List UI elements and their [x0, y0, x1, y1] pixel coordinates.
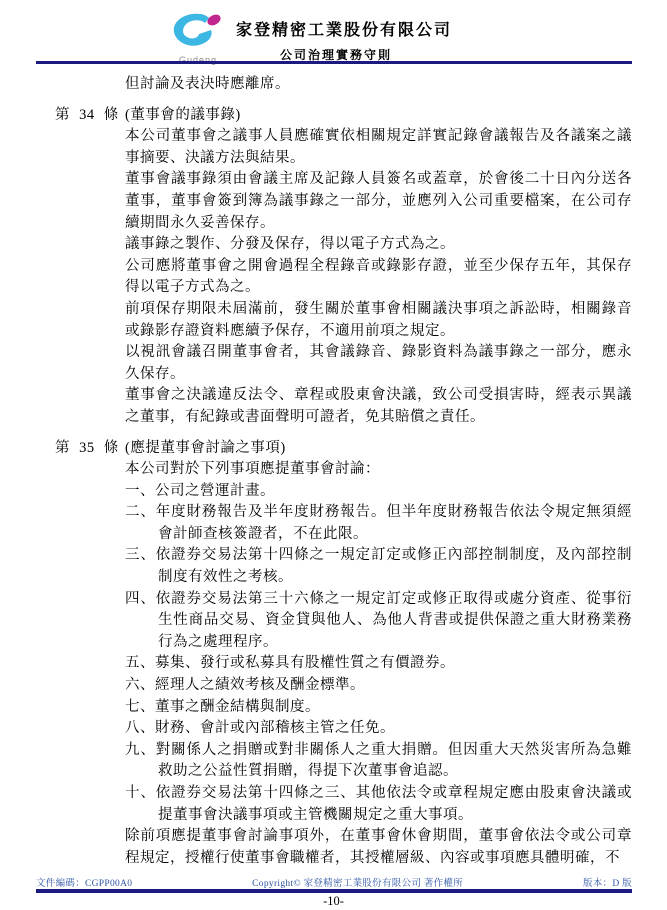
- clause-marker: 十、: [125, 785, 156, 801]
- clause-marker: 四、: [125, 591, 156, 607]
- company-name: 家登精密工業股份有限公司: [236, 17, 436, 40]
- clause-marker: 三、: [125, 547, 156, 563]
- clause-text: 財務、會計或內部稽核主管之任免。: [155, 720, 395, 736]
- clause-marker: 五、: [125, 655, 155, 671]
- clause-text: 對關係人之捐贈或對非關係人之重大捐贈。但因重大天然災害所為急難救助之公益性質捐贈…: [156, 742, 632, 780]
- clause-text: 年度財務報告及半年度財務報告。但半年度財務報告依法令規定無須經會計師查核簽證者，…: [156, 504, 632, 542]
- paragraph: 本公司董事會之議事人員應確實依相關規定詳實記錄會議報告及各議案之議事摘要、決議方…: [125, 126, 632, 169]
- gudeng-g-logo-icon: [169, 11, 227, 49]
- article-35: 第 35 條 (應提董事會討論之事項) 本公司對於下列事項應提董事會討論： 一、…: [55, 438, 632, 870]
- version-text: 版本：D 版: [583, 875, 632, 889]
- clause-item: 五、募集、發行或私募具有股權性質之有價證券。: [125, 653, 632, 675]
- clause-item: 六、經理人之績效考核及酬金標準。: [125, 675, 632, 697]
- document-code: 文件編碼：CGPP00A0: [36, 875, 132, 889]
- clause-item: 七、董事之酬金結構與制度。: [125, 697, 632, 719]
- clause-item: 三、依證券交易法第十四條之一規定訂定或修正內部控制制度，及內部控制制度有效性之考…: [125, 545, 632, 588]
- clause-text: 依證券交易法第十四條之一規定訂定或修正內部控制制度，及內部控制制度有效性之考核。: [156, 547, 632, 585]
- clause-text: 依證券交易法第三十六條之一規定訂定或修正取得或處分資產、從事衍生性商品交易、資金…: [156, 591, 632, 650]
- clause-marker: 六、: [125, 677, 155, 693]
- header-divider: [36, 61, 632, 64]
- clause-text: 董事之酬金結構與制度。: [155, 699, 320, 715]
- paragraph: 議事錄之製作、分發及保存，得以電子方式為之。: [125, 234, 632, 256]
- article-number: 第 34 條: [55, 105, 125, 429]
- clause-marker: 九、: [125, 742, 156, 758]
- paragraph: 董事會之決議違反法令、章程或股東會決議，致公司受損害時，經表示異議之董事，有紀錄…: [125, 385, 632, 428]
- paragraph: 本公司對於下列事項應提董事會討論：: [125, 459, 632, 481]
- paragraph: 以視訊會議召開董事會者，其會議錄音、錄影資料為議事錄之一部分，應永久保存。: [125, 342, 632, 385]
- document-page: Gudeng 家登精密工業股份有限公司 公司治理實務守則 但討論及表決時應離席。…: [0, 0, 667, 910]
- page-number: -10-: [0, 894, 667, 909]
- clause-item: 四、依證券交易法第三十六條之一規定訂定或修正取得或處分資產、從事衍生性商品交易、…: [125, 589, 632, 654]
- footer-meta: 文件編碼：CGPP00A0 Copyright© 家登精密工業股份有限公司 著作…: [36, 875, 632, 889]
- article-number: 第 35 條: [55, 438, 125, 870]
- clause-item: 一、公司之營運計畫。: [125, 481, 632, 503]
- copyright-text: Copyright© 家登精密工業股份有限公司 著作權所: [252, 875, 463, 889]
- clause-item: 八、財務、會計或內部稽核主管之任免。: [125, 718, 632, 740]
- document-body: 但討論及表決時應離席。 第 34 條 (董事會的議事錄) 本公司董事會之議事人員…: [55, 74, 632, 869]
- company-logo: Gudeng: [167, 11, 229, 65]
- article-title: (董事會的議事錄): [125, 105, 632, 127]
- clause-item: 九、對關係人之捐贈或對非關係人之重大捐贈。但因重大天然災害所為急難救助之公益性質…: [125, 740, 632, 783]
- clause-item: 二、年度財務報告及半年度財務報告。但半年度財務報告依法令規定無須經會計師查核簽證…: [125, 502, 632, 545]
- continuation-row: 但討論及表決時應離席。: [55, 74, 632, 96]
- clause-text: 經理人之績效考核及酬金標準。: [155, 677, 365, 693]
- continuation-paragraph: 但討論及表決時應離席。: [125, 74, 632, 96]
- paragraph: 除前項應提董事會討論事項外，在董事會休會期間，董事會依法令或公司章程規定，授權行…: [125, 826, 632, 869]
- article-number-spacer: [55, 74, 125, 96]
- article-34: 第 34 條 (董事會的議事錄) 本公司董事會之議事人員應確實依相關規定詳實記錄…: [55, 105, 632, 429]
- article-title: (應提董事會討論之事項): [125, 438, 632, 460]
- paragraph: 前項保存期限未屆滿前，發生關於董事會相關議決事項之訴訟時，相關錄音或錄影存證資料…: [125, 299, 632, 342]
- clause-item: 十、依證券交易法第十四條之三、其他依法令或章程規定應由股東會決議或提董事會決議事…: [125, 783, 632, 826]
- clause-marker: 八、: [125, 720, 155, 736]
- header-titles: 家登精密工業股份有限公司 公司治理實務守則: [236, 17, 436, 63]
- clause-text: 公司之營運計畫。: [155, 483, 275, 499]
- clause-text: 募集、發行或私募具有股權性質之有價證券。: [155, 655, 455, 671]
- clause-marker: 一、: [125, 483, 155, 499]
- clause-marker: 二、: [125, 504, 156, 520]
- footer-divider: [36, 889, 632, 893]
- paragraph: 董事會議事錄須由會議主席及記錄人員簽名或蓋章，於會後二十日內分送各董事，董事會簽…: [125, 169, 632, 234]
- clause-text: 依證券交易法第十四條之三、其他依法令或章程規定應由股東會決議或提董事會決議事項或…: [156, 785, 632, 823]
- paragraph: 公司應將董事會之開會過程全程錄音或錄影存證，並至少保存五年，其保存得以電子方式為…: [125, 256, 632, 299]
- clause-marker: 七、: [125, 699, 155, 715]
